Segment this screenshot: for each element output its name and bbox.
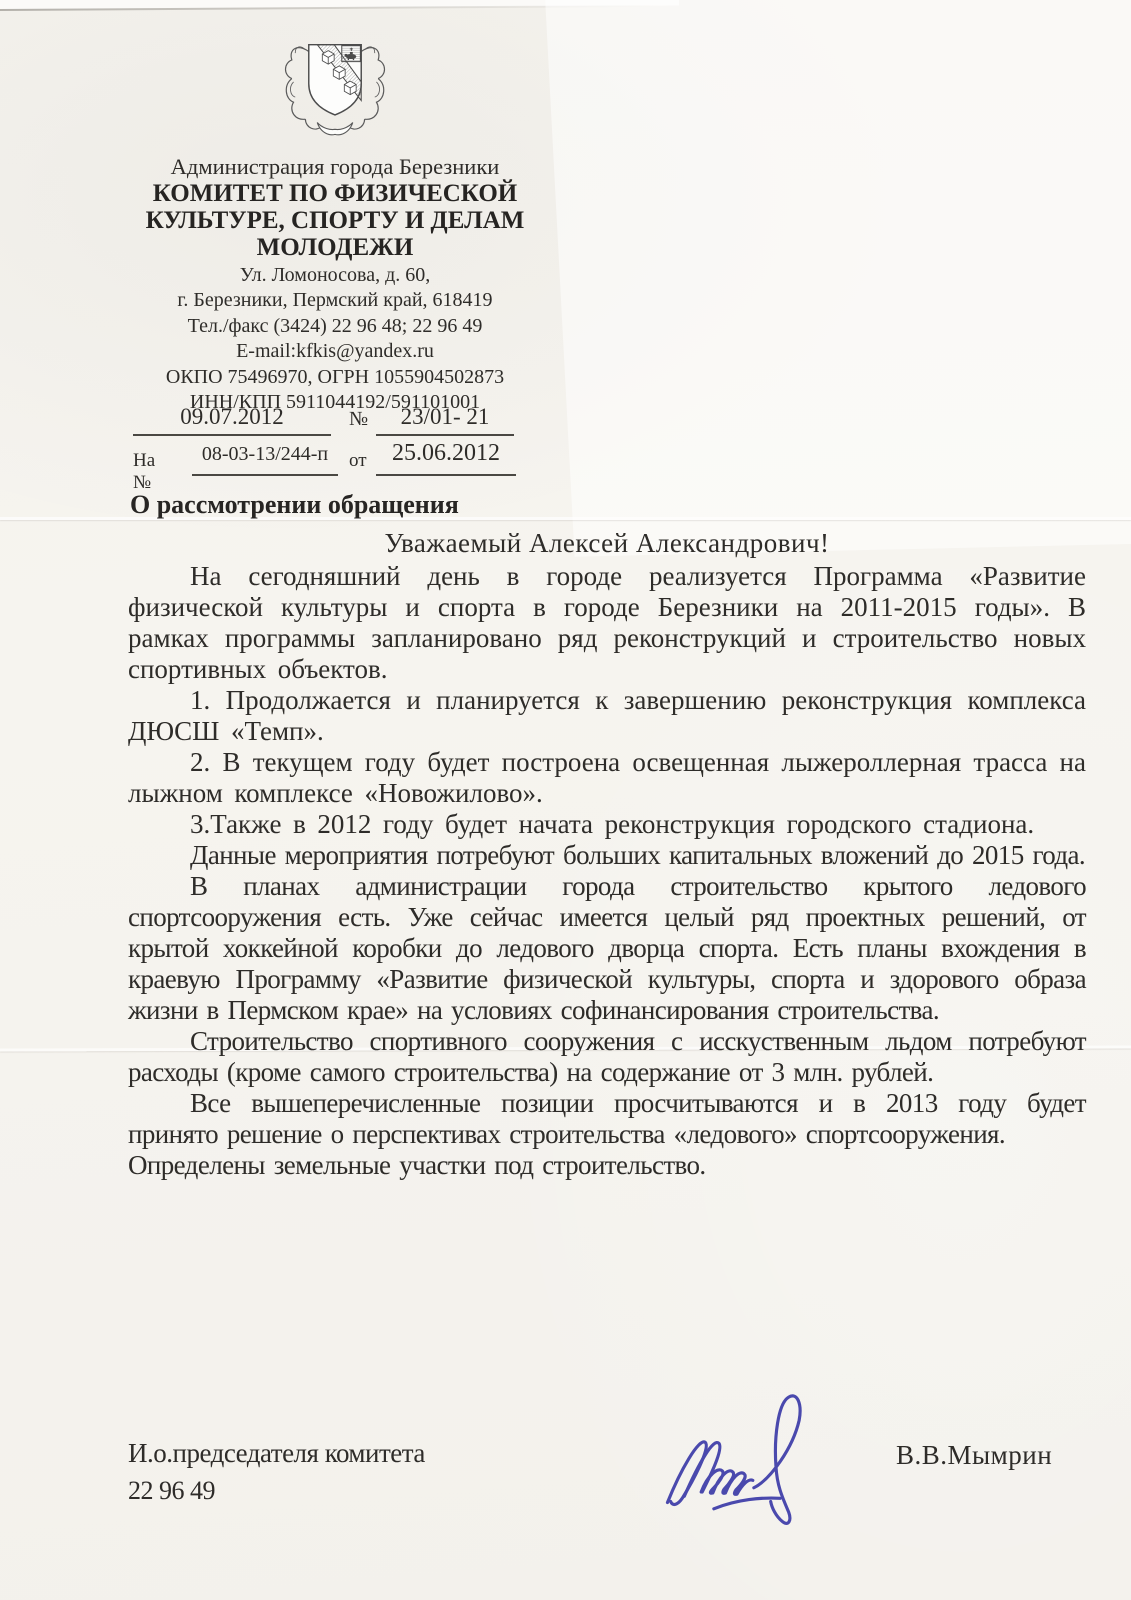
handwritten-signature: [652, 1374, 822, 1532]
body-paragraph: 2. В текущем году будет построена освеще…: [128, 747, 1086, 809]
signer-position: И.о.председателя комитета: [128, 1438, 425, 1469]
body-paragraph: 3.Также в 2012 году будет начата реконст…: [128, 809, 1086, 840]
body-paragraph: Данные мероприятия потребуют больших кап…: [128, 840, 1086, 871]
scanned-letter-page: Администрация города Березники КОМИТЕТ П…: [0, 0, 1131, 1600]
body-paragraph: В планах администрации города строительс…: [128, 871, 1086, 1026]
from-label: от: [349, 450, 367, 472]
body-paragraph: На сегодняшний день в городе реализуется…: [128, 561, 1086, 685]
signer-name: В.В.Мымрин: [896, 1440, 1052, 1471]
org-name-line2: КУЛЬТУРЕ, СПОРТУ И ДЕЛАМ: [118, 207, 552, 234]
incoming-label: На №: [133, 450, 155, 494]
org-parent-name: Администрация города Березники: [118, 154, 552, 180]
coat-of-arms-icon: [280, 26, 390, 148]
org-phone: Тел./факс (3424) 22 96 48; 22 96 49: [118, 315, 552, 338]
outgoing-date: 09.07.2012: [133, 404, 331, 436]
letter-body: На сегодняшний день в городе реализуется…: [128, 561, 1086, 1181]
salutation: Уважаемый Алексей Александрович!: [128, 528, 1086, 559]
body-paragraph: Строительство спортивного сооружения с и…: [128, 1026, 1086, 1088]
org-name-line1: КОМИТЕТ ПО ФИЗИЧЕСКОЙ: [118, 180, 552, 207]
number-sign: №: [349, 408, 368, 431]
org-name-line3: МОЛОДЕЖИ: [118, 234, 552, 261]
body-paragraph: 1. Продолжается и планируется к завершен…: [128, 685, 1086, 747]
body-paragraph: Все вышеперечисленные позиции просчитыва…: [128, 1088, 1086, 1150]
org-street-address: Ул. Ломоносова, д. 60,: [118, 264, 552, 287]
incoming-date: 25.06.2012: [376, 440, 516, 476]
org-email: E-mail:kfkis@yandex.ru: [118, 340, 552, 363]
letter-subject: О рассмотрении обращения: [130, 490, 459, 520]
outgoing-number: 23/01- 21: [376, 404, 514, 436]
org-registration-numbers: ОКПО 75496970, ОГРН 1055904502873: [118, 366, 552, 389]
org-city-address: г. Березники, Пермский край, 618419: [118, 289, 552, 312]
body-paragraph: Определены земельные участки под строите…: [128, 1150, 1086, 1181]
incoming-number: 08-03-13/244-п: [192, 443, 338, 476]
letterhead: Администрация города Березники КОМИТЕТ П…: [118, 26, 552, 414]
signer-phone: 22 96 49: [128, 1476, 215, 1506]
